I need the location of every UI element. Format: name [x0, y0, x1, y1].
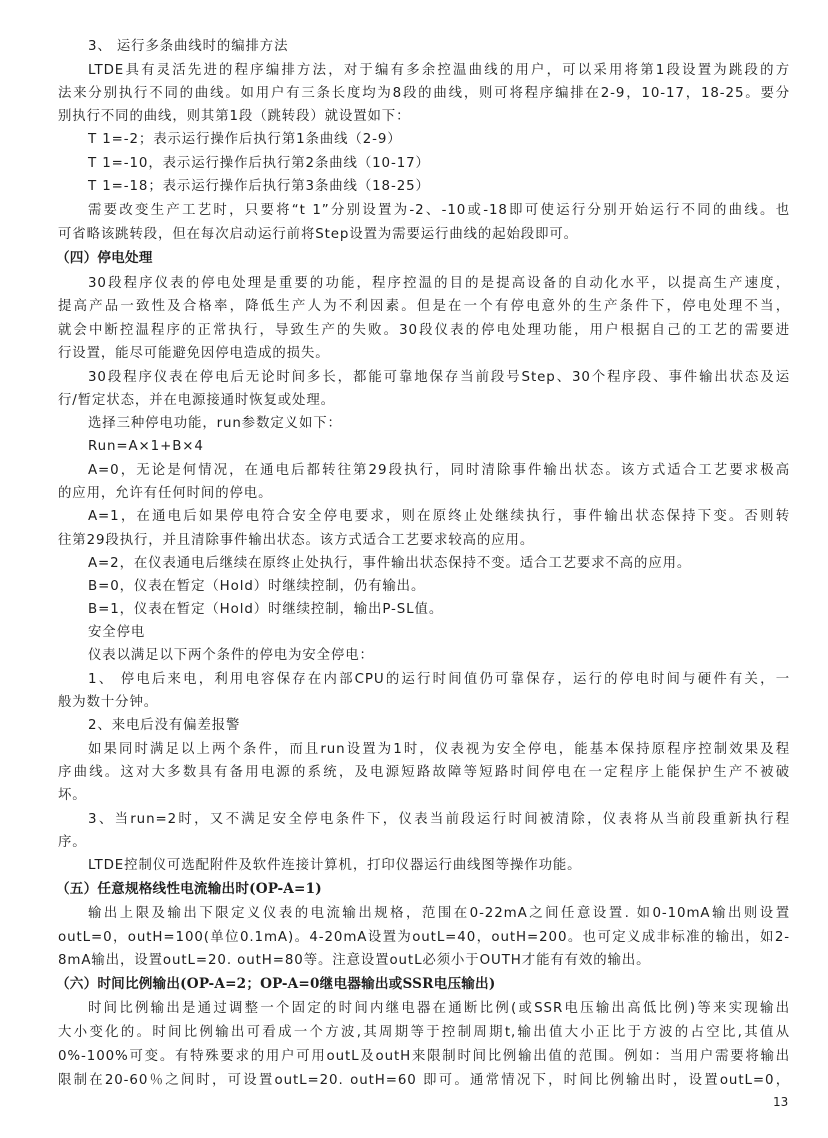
paragraph-line: 1、 停电后来电，利用电容保存在内部CPU的运行时间值仍可靠保存，运行的停电时间…: [88, 671, 790, 689]
paragraph-line: 30段程序仪表的停电处理是重要的功能，程序控温的目的是提高设备的自动化水平，以提…: [88, 275, 790, 293]
paragraph-line: B=1，仪表在暂定（Hold）时继续控制，输出P-SL值。: [88, 601, 790, 619]
paragraph-line: 坏。: [58, 787, 790, 805]
paragraph-line: 序曲线。这对大多数具有备用电源的系统，及电源短路故障等短路时间停电在一定程序上能…: [58, 764, 790, 782]
paragraph-line: 般为数十分钟。: [58, 694, 790, 712]
paragraph-line: T 1=-18；表示运行操作后执行第3条曲线（18-25）: [88, 178, 790, 196]
paragraph-line: T 1=-2；表示运行操作后执行第1条曲线（2-9）: [88, 131, 790, 149]
paragraph-line: A=2，在仪表通电后继续在原终止处执行，事件输出状态保持不变。适合工艺要求不高的…: [88, 555, 790, 573]
paragraph-line: 选择三种停电功能，run参数定义如下：: [88, 415, 790, 433]
paragraph-line: 提高产品一致性及合格率，降低生产人为不利因素。但是在一个有停电意外的生产条件下，…: [58, 298, 790, 316]
paragraph-line: LTDE控制仪可选配附件及软件连接计算机，打印仪器运行曲线图等操作功能。: [88, 857, 790, 875]
paragraph-line: A=0，无论是何情况，在通电后都转往第29段执行，同时清除事件输出状态。该方式适…: [88, 462, 790, 480]
paragraph-line: 3、 运行多条曲线时的编排方法: [88, 38, 790, 56]
paragraph-line: 0%-100%可变。有特殊要求的用户可用outL及outH来限制时间比例输出值的…: [58, 1048, 790, 1066]
paragraph-line: 就会中断控温程序的正常执行，导致生产的失败。30段仪表的停电处理功能，用户根据自…: [58, 322, 790, 340]
paragraph-line: 往第29段执行，并且清除事件输出状态。该方式适合工艺要求较高的应用。: [58, 532, 790, 550]
paragraph-line: 序。: [58, 834, 790, 852]
paragraph-line: 可省略该跳转段，但在每次启动运行前将Step设置为需要运行曲线的起始段即可。: [58, 226, 790, 244]
paragraph-line: 需要改变生产工艺时，只要将“t 1”分别设置为-2、-10或-18即可使运行分别…: [88, 202, 790, 220]
paragraph-line: 2、来电后没有偏差报警: [88, 717, 790, 735]
paragraph-line: 法来分别执行不同的曲线。如用户有三条长度均为8段的曲线，则可将程序编排在2-9，…: [58, 85, 790, 103]
paragraph-line: A=1，在通电后如果停电符合安全停电要求，则在原终止处继续执行，事件输出状态保持…: [88, 508, 790, 526]
paragraph-line: 限制在20-60％之间时，可设置outL=20. outH=60 即可。通常情况…: [58, 1072, 790, 1090]
paragraph-line: 行设置，能尽可能避免因停电造成的损失。: [58, 345, 790, 363]
section-heading: （五）任意规格线性电流输出时(OP-A=1): [56, 880, 322, 898]
paragraph-line: 如果同时满足以上两个条件，而且run设置为1时，仪表视为安全停电，能基本保持原程…: [88, 741, 790, 759]
paragraph-line: 的应用，允许有任何时间的停电。: [58, 485, 790, 503]
paragraph-line: 仪表以满足以下两个条件的停电为安全停电：: [88, 647, 790, 665]
paragraph-line: 输出上限及输出下限定义仪表的电流输出规格，范围在0-22mA之间任意设置. 如0…: [88, 905, 790, 923]
paragraph-line: 30段程序仪表在停电后无论时间多长，都能可靠地保存当前段号Step、30个程序段…: [88, 369, 790, 387]
paragraph-line: 行/暂定状态，并在电源接通时恢复或处理。: [58, 392, 790, 410]
section-heading: （四）停电处理: [56, 249, 153, 267]
paragraph-line: T 1=-10，表示运行操作后执行第2条曲线（10-17）: [88, 155, 790, 173]
paragraph-line: 别执行不同的曲线，则其第1段（跳转段）就设置如下：: [58, 108, 790, 126]
paragraph-line: 时间比例输出是通过调整一个固定的时间内继电器在通断比例(或SSR电压输出高低比例…: [88, 1000, 790, 1018]
paragraph-line: 3、当run=2时，又不满足安全停电条件下，仪表当前段运行时间被清除，仪表将从当…: [88, 811, 790, 829]
paragraph-line: LTDE具有灵活先进的程序编排方法，对于编有多余控温曲线的用户，可以采用将第1段…: [88, 62, 790, 80]
paragraph-line: Run=A×1+B×4: [88, 438, 790, 456]
paragraph-line: 安全停电: [88, 624, 790, 642]
document-page: 3、 运行多条曲线时的编排方法LTDE具有灵活先进的程序编排方法，对于编有多余控…: [0, 0, 828, 1138]
page-number: 13: [773, 1095, 788, 1109]
paragraph-line: B=0，仪表在暂定（Hold）时继续控制，仍有输出。: [88, 578, 790, 596]
paragraph-line: 大小变化的。时间比例输出可看成一个方波,其周期等于控制周期t,输出值大小正比于方…: [58, 1024, 790, 1042]
section-heading: （六）时间比例输出(OP-A=2；OP-A=0继电器输出或SSR电压输出): [56, 975, 495, 993]
paragraph-line: 8mA输出，设置outL=20. outH=80等。注意设置outL必须小于OU…: [58, 952, 790, 970]
paragraph-line: outL=0，outH=100(单位0.1mA)。4-20mA设置为outL=4…: [58, 929, 790, 947]
